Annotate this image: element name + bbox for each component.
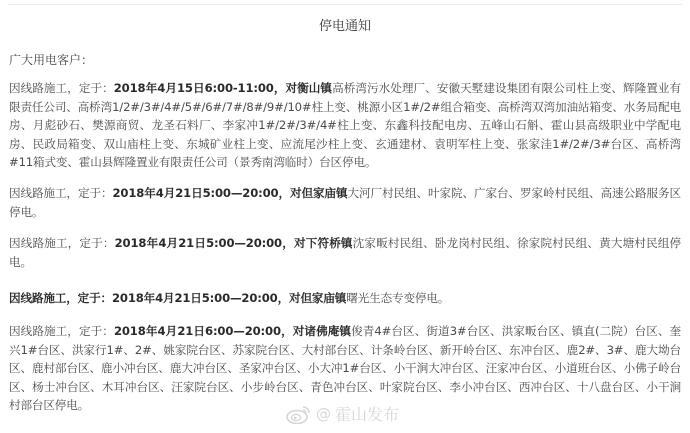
weibo-icon	[286, 404, 312, 424]
notice-datetime: 2018年4月21日6:00—20:00，对诸佛庵镇	[114, 324, 351, 338]
watermark-at: @	[316, 405, 331, 423]
notice-lead: 因线路施工，定于：	[9, 324, 114, 338]
watermark: @ 霍山发布	[286, 402, 399, 425]
top-divider	[8, 4, 682, 5]
notice-datetime: 2018年4月21日5:00—20:00，对下符桥镇	[115, 236, 353, 250]
notice-areas: 曙光生态专变停电。	[346, 291, 449, 305]
notice-paragraph: 因线路施工，定于：2018年4月21日5:00—20:00，对下符桥镇沈家畈村民…	[9, 234, 681, 271]
notice-paragraph: 因线路施工，定于：2018年4月15日6:00-11:00，对衡山镇高桥湾污水处…	[9, 79, 681, 172]
page-title: 停电通知	[0, 15, 690, 34]
watermark-text: 霍山发布	[335, 402, 399, 425]
greeting: 广大用电客户：	[9, 51, 93, 68]
notice-datetime: 2018年4月15日6:00-11:00，对衡山镇	[114, 81, 332, 95]
notice-datetime: 2018年4月21日5:00—20:00，对但家庙镇	[113, 186, 348, 200]
notice-paragraph: 因线路施工，定于：2018年4月21日5:00—20:00，对但家庙镇大河厂村民…	[9, 184, 681, 221]
notice-lead: 因线路施工，定于：	[9, 291, 112, 305]
notice-lead: 因线路施工，定于：	[9, 81, 114, 95]
notice-paragraph: 因线路施工，定于：2018年4月21日5:00—20:00，对但家庙镇曙光生态专…	[9, 289, 681, 308]
notice-lead: 因线路施工，定于：	[9, 186, 113, 200]
notice-datetime: 2018年4月21日5:00—20:00，对但家庙镇	[112, 291, 346, 305]
notice-lead: 因线路施工，定于：	[9, 236, 115, 250]
